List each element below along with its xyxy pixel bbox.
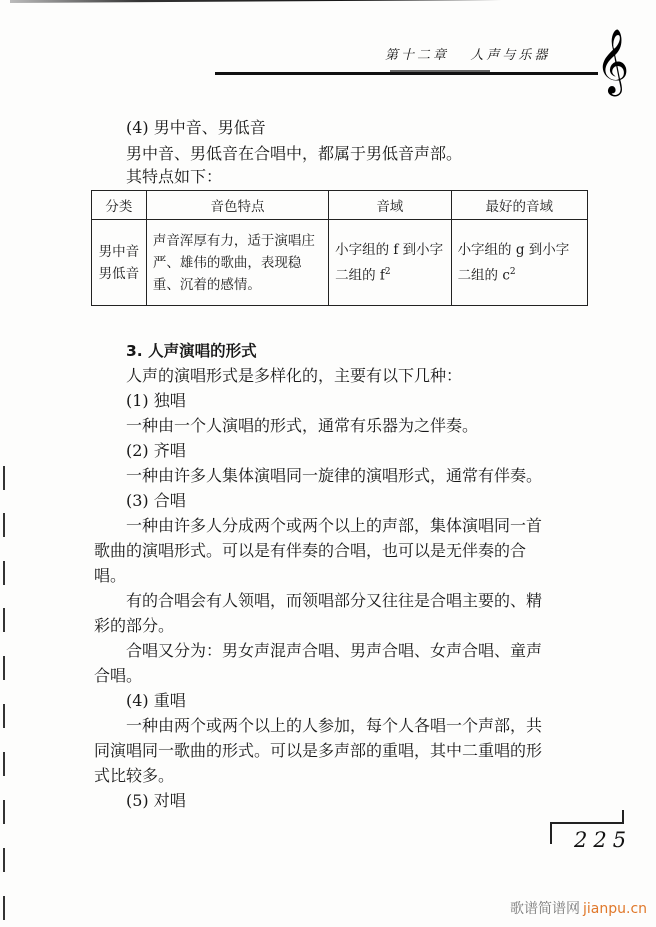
table-cell-timbre: 声音浑厚有力，适于演唱庄严、雄伟的歌曲，表现稳重、沉着的感情。 (146, 220, 328, 306)
paragraph: 歌曲的演唱形式。可以是有伴奏的合唱，也可以是无伴奏的合 (94, 541, 526, 561)
page-number-frame (550, 822, 624, 824)
subsection-heading: (4) 男中音、男低音 (126, 118, 266, 138)
range-text: 小字组的 f 到小字二组的 f (335, 242, 443, 284)
paragraph: 彩的部分。 (94, 616, 174, 636)
category-line: 男中音 (94, 241, 144, 263)
paragraph: 唱。 (94, 566, 126, 586)
list-item-title: (2) 齐唱 (126, 441, 186, 461)
voice-characteristics-table: 分类 音色特点 音域 最好的音域 男中音 男低音 声音浑厚有力，适于演唱庄严、雄… (91, 190, 588, 306)
paragraph: 一种由许多人分成两个或两个以上的声部，集体演唱同一首 (126, 516, 542, 536)
paragraph: 一种由两个或两个以上的人参加，每个人各唱一个声部，共 (126, 716, 542, 736)
paragraph: 人声的演唱形式是多样化的，主要有以下几种： (126, 366, 462, 386)
table-row: 男中音 男低音 声音浑厚有力，适于演唱庄严、雄伟的歌曲，表现稳重、沉着的感情。 … (92, 220, 588, 306)
paragraph: 合唱。 (94, 666, 142, 686)
table-header-cell: 分类 (92, 191, 147, 220)
table-cell-category: 男中音 男低音 (92, 220, 147, 306)
section-heading: 3. 人声演唱的形式 (126, 341, 257, 361)
binding-mark (3, 561, 5, 585)
binding-mark (3, 513, 5, 537)
paragraph: 男中音、男低音在合唱中，都属于男低音声部。 (126, 144, 462, 164)
paragraph: 一种由许多人集体演唱同一旋律的演唱形式，通常有伴奏。 (126, 466, 542, 486)
paragraph: 式比较多。 (94, 766, 174, 786)
list-item-title: (4) 重唱 (126, 691, 186, 711)
binding-mark (3, 656, 5, 680)
list-item-title: (5) 对唱 (126, 791, 186, 811)
header-rule-accent (390, 70, 490, 72)
binding-mark (3, 800, 5, 824)
list-item-title: (1) 独唱 (126, 391, 186, 411)
binding-mark (3, 704, 5, 728)
list-item-title: (3) 合唱 (126, 491, 186, 511)
category-line: 男低音 (94, 263, 144, 285)
page-number: 225 (574, 828, 632, 852)
best-range-text: 小字组的 g 到小字二组的 c (458, 242, 570, 284)
table-cell-range: 小字组的 f 到小字二组的 f2 (329, 220, 451, 306)
treble-clef-icon: 𝄞 (596, 34, 629, 90)
binding-mark (3, 848, 5, 872)
paragraph: 其特点如下： (126, 167, 222, 187)
running-header-title: 第十二章 人声与乐器 (385, 44, 550, 63)
page-number-frame (622, 810, 624, 824)
page-top-edge (10, 0, 656, 3)
watermark: 歌谱简谱网jianpu.cn (510, 898, 647, 918)
paragraph: 有的合唱会有人领唱，而领唱部分又往往是合唱主要的、精 (126, 591, 542, 611)
table-header-cell: 最好的音域 (451, 191, 587, 220)
table-cell-best-range: 小字组的 g 到小字二组的 c2 (451, 220, 587, 306)
binding-mark (3, 752, 5, 776)
paragraph: 同演唱同一歌曲的形式。可以是多声部的重唱，其中二重唱的形 (94, 741, 542, 761)
header-rule (215, 72, 598, 75)
best-range-superscript: 2 (510, 267, 516, 277)
page-number-frame (550, 822, 552, 844)
table-header-cell: 音域 (329, 191, 451, 220)
paragraph: 一种由一个人演唱的形式，通常有乐器为之伴奏。 (126, 416, 478, 436)
range-superscript: 2 (385, 267, 391, 277)
table-header-row: 分类 音色特点 音域 最好的音域 (92, 191, 588, 220)
binding-mark (3, 896, 5, 920)
watermark-text: 歌谱简谱网 (510, 901, 580, 917)
binding-mark (3, 608, 5, 632)
watermark-url: jianpu.cn (583, 901, 647, 917)
paragraph: 合唱又分为：男女声混声合唱、男声合唱、女声合唱、童声 (126, 641, 542, 661)
table-header-cell: 音色特点 (146, 191, 328, 220)
binding-mark (3, 466, 5, 490)
